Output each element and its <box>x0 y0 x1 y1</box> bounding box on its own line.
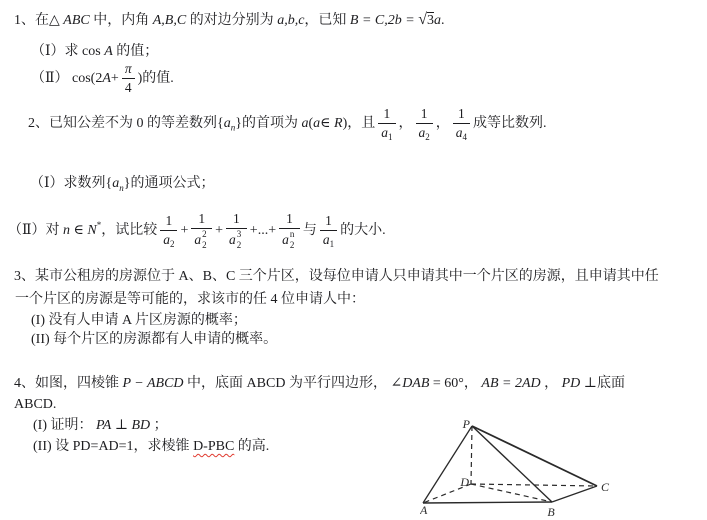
angle-symbol: ∠ <box>390 376 402 391</box>
plus-ellipsis: +...+ <box>250 223 276 238</box>
text-segment: 的对边分别为 <box>190 13 274 28</box>
math-segment: a <box>229 233 236 247</box>
text-segment: ⊥底面 <box>580 376 625 391</box>
problem-1-part-1: （Ⅰ）求 cos A 的值； <box>31 42 158 62</box>
subscript: 2 <box>290 241 295 250</box>
math-segment: = 60° <box>429 376 464 391</box>
fraction-numerator: 1 <box>381 107 394 123</box>
math-segment: a <box>224 116 231 131</box>
fraction-denominator: a2 <box>160 230 177 247</box>
vertex-label-C: C <box>601 480 610 494</box>
text-segment: . <box>441 13 445 28</box>
element-of-symbol: ∈ <box>320 116 334 131</box>
math-segment: B = C,2b = <box>350 13 418 28</box>
text-segment: 一个片区的房源是等可能的，求该市的任 4 位申请人中： <box>15 292 365 307</box>
vertex-label-B: B <box>547 505 555 519</box>
fraction: 1a2 <box>416 107 433 140</box>
brace: } <box>235 116 242 131</box>
problem-2-statement: 2、已知公差不为 0 的等差数列{an}的首项为 a(a∈ R)，且1a1，1a… <box>28 107 547 140</box>
math-segment: n <box>63 223 70 238</box>
radicand: 3 <box>427 13 434 28</box>
problem-3-statement-line-1: 3、某市公租房的房源位于 A、B、C 三个片区，设每位申请人只申请其中一个片区的… <box>14 267 659 287</box>
figure-edge-AB <box>423 502 552 503</box>
text-segment: 的高. <box>234 439 269 454</box>
math-segment: a <box>456 126 463 140</box>
math-segment: a <box>163 233 170 247</box>
math-segment: PA <box>96 418 111 433</box>
sup-sub-stack: n2 <box>289 231 297 249</box>
problem-4-statement-line-2: ABCD. <box>14 395 56 415</box>
document-page: 1、在△ ABC 中，内角 A,B,C 的对边分别为 a,b,c，已知 B = … <box>0 0 707 520</box>
text-segment: 与 <box>303 223 317 238</box>
text-segment: （Ⅱ）对 <box>8 223 63 238</box>
subscript: 2 <box>202 241 207 250</box>
text-segment: (II) 每个片区的房源都有人申请的概率。 <box>31 332 277 347</box>
text-segment: (II) 设 PD=AD=1，求棱锥 <box>33 439 193 454</box>
fraction: 1a1 <box>320 214 337 247</box>
fraction-numerator: 1 <box>195 212 208 228</box>
fraction-numerator: 1 <box>162 214 175 230</box>
element-of-symbol: ∈ <box>70 223 87 238</box>
text-segment: 4 <box>125 81 132 95</box>
math-segment: A <box>104 44 113 59</box>
problem-3-statement-line-2: 一个片区的房源是等可能的，求该市的任 4 位申请人中： <box>15 290 365 310</box>
fraction: 1an2 <box>279 212 300 249</box>
text-segment: ，试比较 <box>101 223 157 238</box>
vertex-label-A: A <box>420 503 428 517</box>
fraction-denominator: a4 <box>453 123 470 140</box>
math-segment: A <box>102 71 111 86</box>
problem-2-part-2: （Ⅱ）对 n ∈ N*，试比较1a2+1a22+1a32+...+1an2与1a… <box>8 212 386 249</box>
fraction-numerator: 1 <box>322 214 335 230</box>
fraction-denominator: a32 <box>226 228 247 249</box>
text-segment: )的值. <box>138 71 174 86</box>
text-segment: ， <box>399 116 413 131</box>
spellcheck-underlined-text: D-PBC <box>193 439 234 454</box>
problem-4-part-2: (II) 设 PD=AD=1，求棱锥 D-PBC 的高. <box>33 437 269 457</box>
text-segment: ，且 <box>347 116 375 131</box>
fraction-denominator: a2 <box>416 123 433 140</box>
radical-sign: √ <box>418 11 427 28</box>
sup-sub-stack: 22 <box>201 231 209 249</box>
math-segment: + <box>111 71 119 86</box>
math-segment: AB = 2AD <box>481 376 540 391</box>
text-segment: 的大小. <box>340 223 386 238</box>
fraction-numerator: 1 <box>230 212 243 228</box>
text-segment: 中，底面 ABCD 为平行四边形， <box>184 376 391 391</box>
problem-4-statement-line-1: 4、如图，四棱锥 P − ABCD 中，底面 ABCD 为平行四边形， ∠DAB… <box>14 374 625 394</box>
figure-edge-BC <box>552 486 597 502</box>
problem-2-part-1: （Ⅰ）求数列{an}的通项公式； <box>30 174 215 198</box>
text-segment: ，已知 <box>304 13 350 28</box>
problem-1-statement: 1、在△ ABC 中，内角 A,B,C 的对边分别为 a,b,c，已知 B = … <box>14 10 444 31</box>
figure-edge-PD <box>471 426 472 484</box>
figure-edge-PB <box>472 426 552 502</box>
math-segment: a <box>282 233 289 247</box>
math-segment: DAB <box>402 376 429 391</box>
text-segment: ABCD. <box>14 397 56 412</box>
fraction-denominator: a1 <box>320 230 337 247</box>
math-segment: a <box>419 126 426 140</box>
fraction-numerator: π <box>122 62 135 78</box>
superscript: 2 <box>202 230 207 239</box>
math-segment: A,B,C <box>153 13 186 28</box>
fraction: 1a1 <box>378 107 395 140</box>
math-segment: BD <box>131 418 150 433</box>
math-segment: P − ABCD <box>123 376 184 391</box>
plus-sign: + <box>180 223 188 238</box>
text-segment: 的首项为 <box>242 116 302 131</box>
text-segment: 4、如图，四棱锥 <box>14 376 123 391</box>
fraction-denominator: a1 <box>378 123 395 140</box>
math-segment: a <box>381 126 388 140</box>
figure-edge-PC <box>472 426 597 486</box>
subscript: 1 <box>330 240 335 249</box>
fraction: 1a2 <box>160 214 177 247</box>
fraction: 1a4 <box>453 107 470 140</box>
subscript: 2 <box>170 240 175 249</box>
text-segment: 2、已知公差不为 0 的等差数列 <box>28 116 217 131</box>
plus-sign: + <box>215 223 223 238</box>
vertex-label-P: P <box>462 417 471 431</box>
text-segment: 1、在 <box>14 13 49 28</box>
fraction: π4 <box>122 62 135 95</box>
problem-4-part-1: (I) 证明： PA ⊥ BD ； <box>33 416 168 436</box>
math-segment: a <box>434 13 441 28</box>
math-segment: ABC <box>63 13 89 28</box>
text-segment: (I) 证明： <box>33 418 96 433</box>
text-segment: ， <box>436 116 450 131</box>
fraction-denominator: a22 <box>191 228 212 249</box>
triangle-symbol: △ <box>49 13 63 28</box>
text-segment: 成等比数列. <box>473 116 547 131</box>
subscript: 2 <box>237 241 242 250</box>
fraction: 1a22 <box>191 212 212 249</box>
brace: { <box>217 116 224 131</box>
text-segment: ； <box>150 418 168 433</box>
math-segment: cos <box>82 44 104 59</box>
sup-sub-stack: 32 <box>236 231 244 249</box>
text-segment: 的通项公式； <box>131 176 215 191</box>
text-segment: （Ⅰ）求 <box>31 44 82 59</box>
problem-3-part-2: (II) 每个片区的房源都有人申请的概率。 <box>31 330 277 350</box>
math-segment: a <box>323 233 330 247</box>
superscript: n <box>290 230 295 239</box>
text-segment: ， <box>464 376 482 391</box>
pyramid-figure: PABCD <box>420 415 707 520</box>
math-segment: R <box>334 116 343 131</box>
problem-3-part-1: (I) 没有人申请 A 片区房源的概率； <box>31 311 247 331</box>
text-segment: （Ⅰ）求数列 <box>30 176 106 191</box>
text-segment: 中，内角 <box>90 13 150 28</box>
brace: } <box>124 176 131 191</box>
fraction-denominator: an2 <box>279 228 300 249</box>
math-segment: PD <box>562 376 581 391</box>
math-segment: a,b,c <box>277 13 304 28</box>
figure-edge-PA <box>423 426 472 503</box>
subscript: 1 <box>388 133 393 142</box>
superscript: 3 <box>237 230 242 239</box>
fraction-numerator: 1 <box>283 212 296 228</box>
subscript: 4 <box>463 133 468 142</box>
text-segment: 的值； <box>113 44 159 59</box>
math-segment: N <box>87 223 96 238</box>
math-segment: a <box>194 233 201 247</box>
text-segment: ， <box>541 376 562 391</box>
figure-edge-DB <box>471 484 552 502</box>
vertex-label-D: D <box>459 475 469 489</box>
problem-1-part-2: （Ⅱ） cos(2A+π4)的值. <box>31 62 174 95</box>
fraction: 1a32 <box>226 212 247 249</box>
text-segment: (I) 没有人申请 A 片区房源的概率； <box>31 313 247 328</box>
perpendicular-symbol: ⊥ <box>111 418 131 433</box>
fraction-denominator: 4 <box>122 78 135 95</box>
text-segment: 3、某市公租房的房源位于 A、B、C 三个片区，设每位申请人只申请其中一个片区的… <box>14 269 659 284</box>
subscript: 2 <box>425 133 430 142</box>
math-segment: cos(2 <box>72 71 102 86</box>
text-segment: （Ⅱ） <box>31 71 72 86</box>
fraction-numerator: 1 <box>418 107 431 123</box>
fraction-numerator: 1 <box>455 107 468 123</box>
